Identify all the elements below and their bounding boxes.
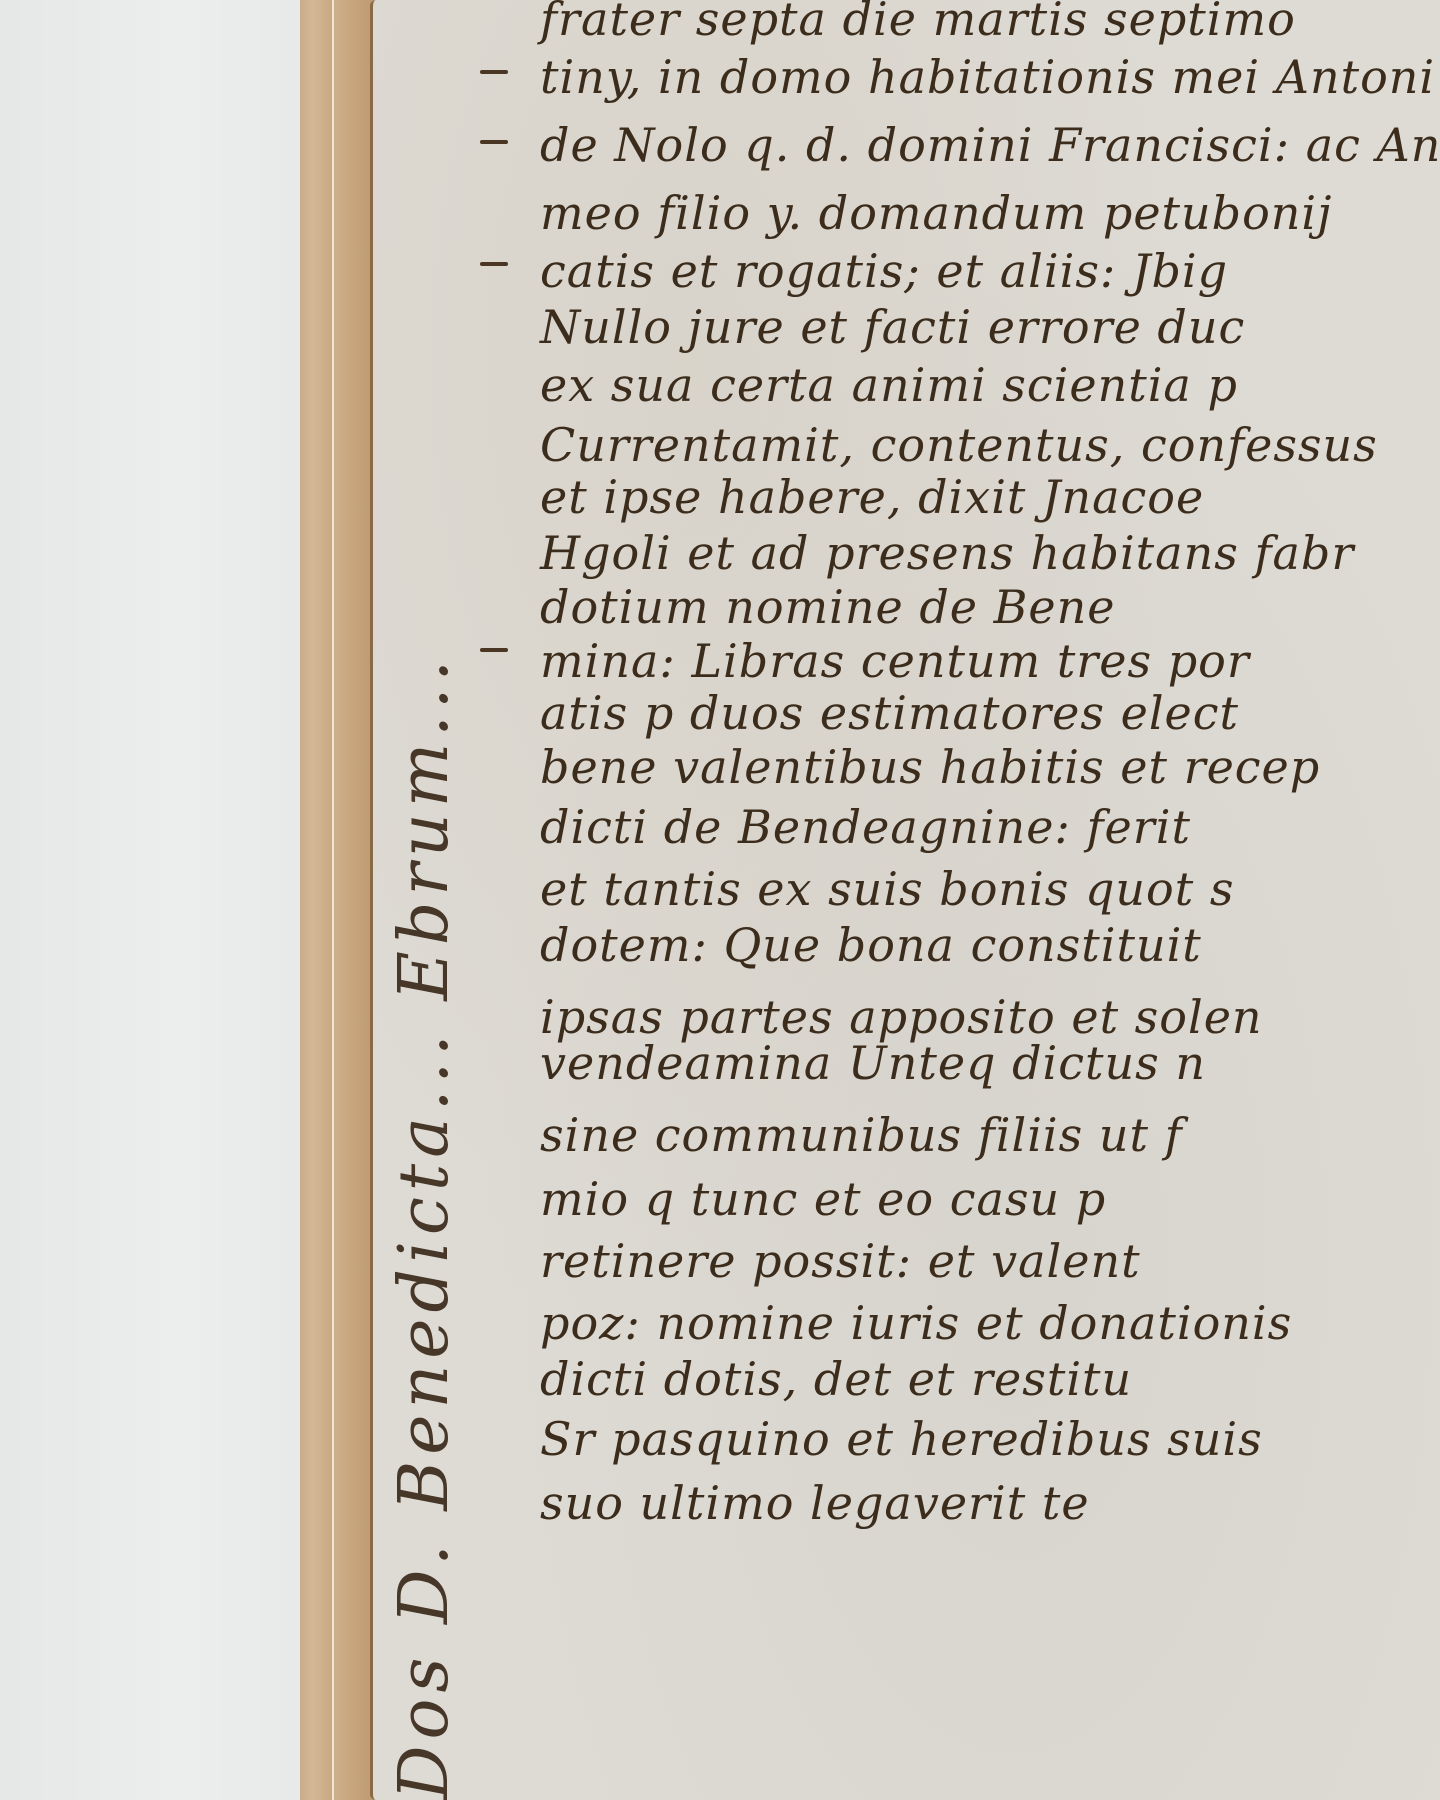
manuscript-text-block: frater septa die martis septimo tiny, in… [540,0,1440,1800]
margin-annotation: Dos D. Benedicta... Ebrum... [380,360,470,1800]
manuscript-line: poz: nomine iuris et donationis [540,1296,1292,1350]
margin-line-markers [480,0,520,1800]
manuscript-line: tiny, in domo habitationis mei Antoni [540,50,1435,104]
manuscript-line: mio q tunc et eo casu p [540,1172,1106,1226]
manuscript-line: dicti de Bendeagnine: ferit [540,800,1191,854]
frame-mat-inner [334,0,374,1800]
manuscript-line: Nullo jure et facti errore duc [540,300,1245,354]
manuscript-line: frater septa die martis septimo [540,0,1296,46]
manuscript-line: dicti dotis, det et restitu [540,1352,1132,1406]
manuscript-line: de Nolo q. d. domini Francisci: ac An [540,118,1440,172]
manuscript-line: atis p duos estimatores elect [540,686,1239,740]
manuscript-line: vendeamina Unteq dictus n [540,1036,1206,1090]
manuscript-line: et tantis ex suis bonis quot s [540,862,1234,916]
manuscript-line: retinere possit: et valent [540,1234,1141,1288]
manuscript-line: catis et rogatis; et aliis: Jbig [540,244,1228,298]
manuscript-line: Currentamit, contentus, confessus [540,418,1378,472]
manuscript-line: et ipse habere, dixit Jnacoe [540,470,1204,524]
manuscript-line: Hgoli et ad presens habitans fabr [540,526,1354,580]
frame-mat-outer [300,0,334,1800]
manuscript-line: ex sua certa animi scientia p [540,358,1238,412]
manuscript-line: suo ultimo legaverit te [540,1476,1090,1530]
manuscript-line: meo filio y. domandum petubonij [540,186,1332,240]
manuscript-line: dotem: Que bona constituit [540,918,1202,972]
manuscript-line: bene valentibus habitis et recep [540,740,1320,794]
manuscript-line: sine communibus filiis ut f [540,1108,1183,1162]
manuscript-line: dotium nomine de Bene [540,580,1116,634]
manuscript-line: mina: Libras centum tres por [540,634,1250,688]
wall-background [0,0,300,1800]
manuscript-line: Sr pasquino et heredibus suis [540,1412,1263,1466]
